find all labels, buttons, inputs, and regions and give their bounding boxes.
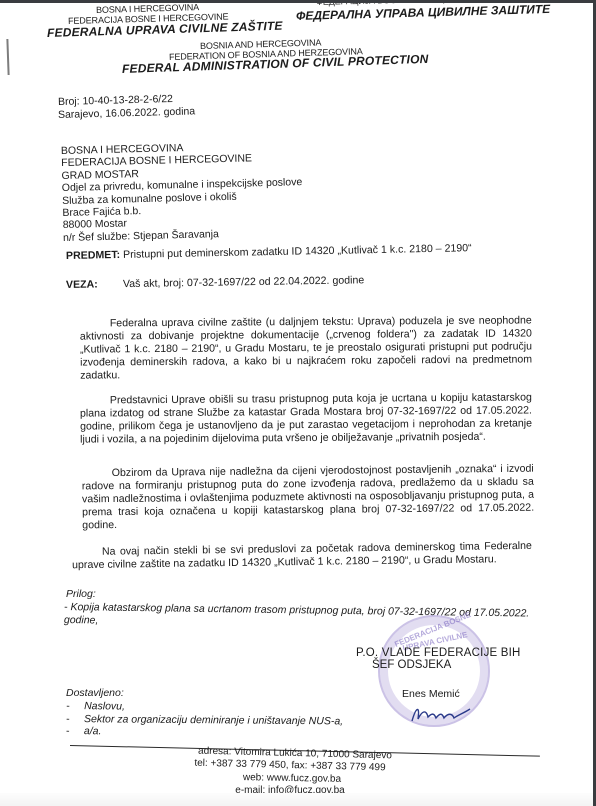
link-text: Vaš akt, broj: 07-32-1697/22 od 22.04.20…	[123, 274, 364, 290]
footer-web[interactable]: web: www.fucz.gov.ba	[172, 771, 412, 786]
body-paragraph-1: Federalna uprava civilne zaštite (u dalj…	[80, 314, 532, 382]
subject-text: Pristupni put deminerskom zadatku ID 143…	[123, 242, 472, 261]
handwritten-signature-icon	[408, 703, 474, 725]
signatory-name: Enes Memić	[402, 688, 460, 700]
subject-label: PREDMET:	[66, 249, 120, 262]
paragraph-text: Predstavnici Uprave obišli su trasu pris…	[80, 391, 532, 446]
recipient-block: BOSNA I HERCEGOVINA FEDERACIJA BOSNE I H…	[61, 139, 304, 244]
body-paragraph-2: Predstavnici Uprave obišli su trasu pris…	[80, 391, 532, 446]
viewer-top-border	[0, 0, 596, 3]
letter-page: BOSNA I HERCEGOVINA FEDERACIJA BOSNE I H…	[0, 3, 593, 806]
subject-line: PREDMET: Pristupni put deminerskom zadat…	[66, 242, 472, 262]
body-paragraph-3: Obzirom da Uprava nije nadležna da cijen…	[82, 463, 535, 533]
distribution-item: -a/a.	[66, 725, 343, 740]
distribution-label: Dostavljeno:	[66, 687, 124, 700]
distribution-item: -Sektor za organizaciju deminiranje i un…	[66, 713, 343, 728]
signature-title: P.O. VLADE FEDERACIJE BIH	[356, 647, 521, 659]
page-bottom-edge	[0, 793, 593, 806]
paragraph-text: Federalna uprava civilne zaštite (u dalj…	[80, 314, 532, 382]
link-label: VEZA:	[66, 278, 120, 291]
link-line: VEZA: Vaš akt, broj: 07-32-1697/22 od 22…	[66, 274, 364, 291]
attachment-label: Prilog:	[66, 588, 96, 601]
distribution-list: -Naslovu, -Sektor za organizaciju demini…	[66, 700, 343, 740]
reference-place-date: Sarajevo, 16.06.2022. godina	[58, 105, 195, 121]
margin-mark	[6, 39, 9, 75]
body-paragraph-4: Na ovaj način stekli bi se svi preduslov…	[72, 540, 532, 572]
signature-role: ŠEF ODSJEKA	[372, 659, 451, 671]
paragraph-text: Obzirom da Uprava nije nadležna da cijen…	[82, 463, 535, 533]
paragraph-text: Na ovaj način stekli bi se svi preduslov…	[72, 540, 532, 572]
